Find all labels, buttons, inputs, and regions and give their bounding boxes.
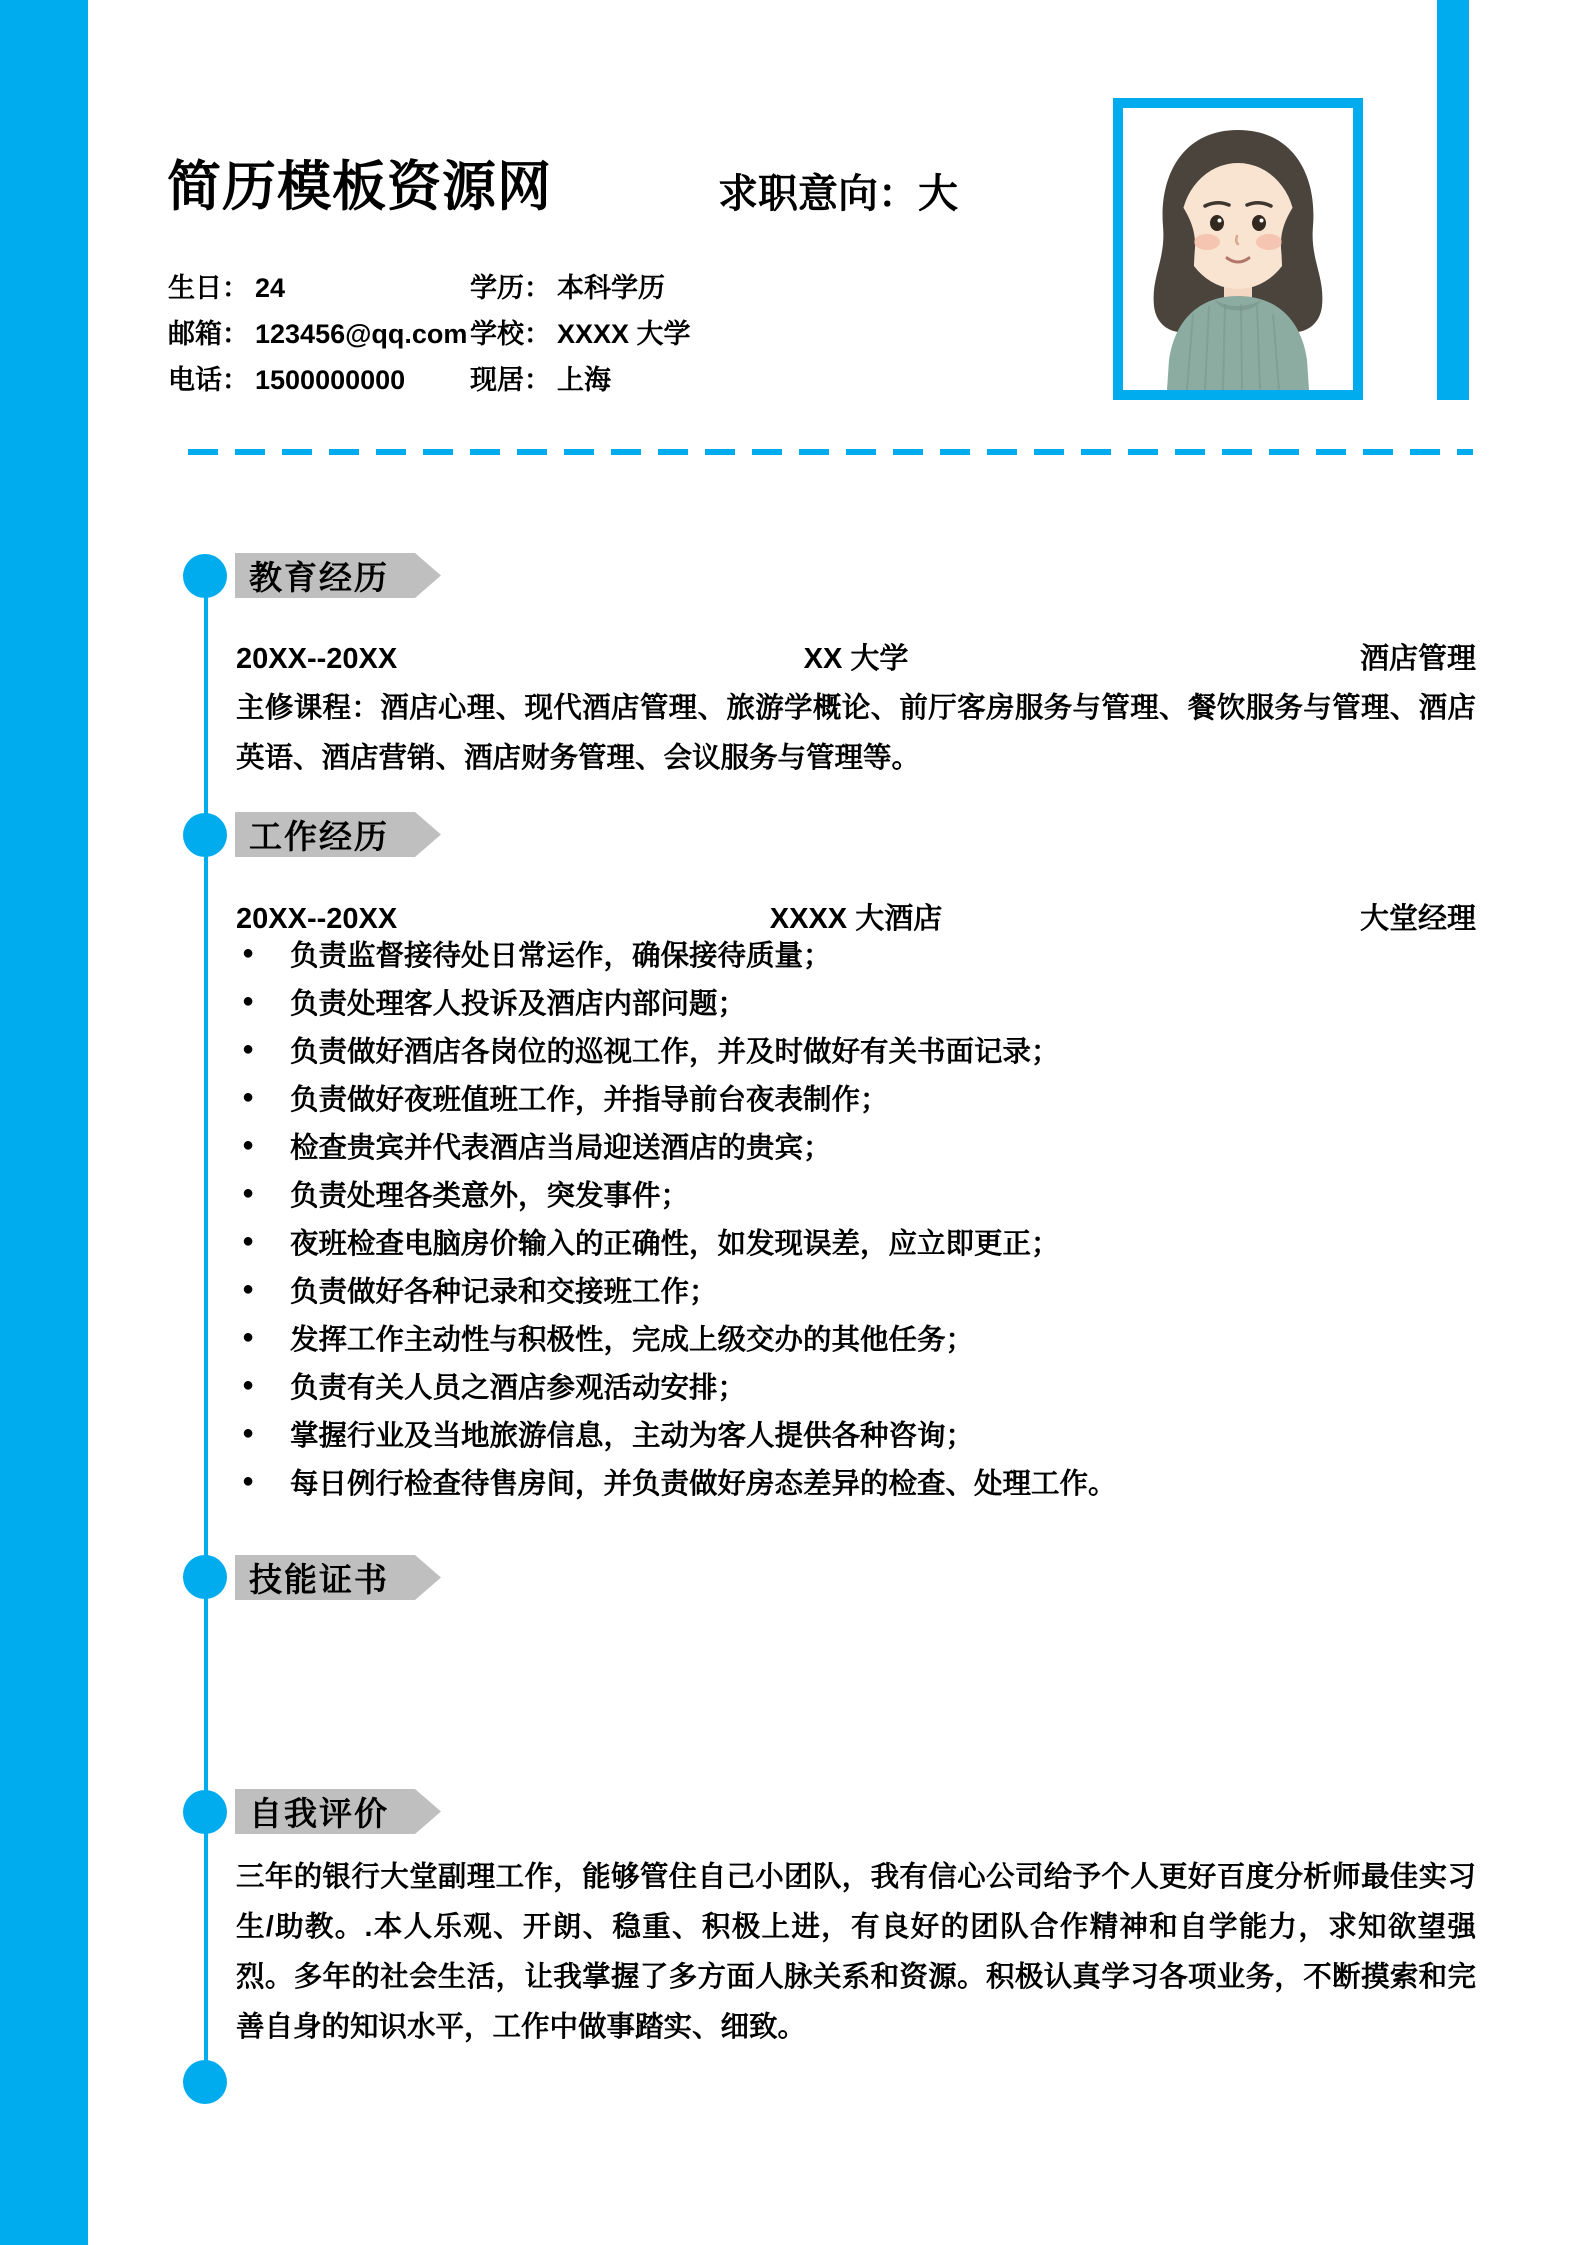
duty-item: ● 负责处理各类意外，突发事件； — [236, 1169, 1476, 1217]
profile-field: 生日：24 — [168, 266, 470, 305]
bullet-icon: ● — [242, 1134, 264, 1157]
right-accent-bar — [1437, 0, 1469, 400]
profile-field: 学校：XXXX 大学 — [470, 312, 930, 351]
section-header-work: 工作经历 — [235, 812, 441, 857]
profile-value: 24 — [255, 273, 285, 303]
page-title: 简历模板资源网 — [167, 156, 552, 218]
duty-text: 负责监督接待处日常运作，确保接待质量； — [290, 933, 832, 974]
bullet-icon: ● — [242, 1326, 264, 1349]
education-major: 酒店管理 — [1136, 636, 1476, 677]
bullet-icon: ● — [242, 1374, 264, 1397]
duty-item: ● 负责监督接待处日常运作，确保接待质量； — [236, 929, 1476, 977]
section-header-skills: 技能证书 — [235, 1555, 441, 1600]
section-title-work: 工作经历 — [249, 811, 389, 858]
section-header-education: 教育经历 — [235, 553, 441, 598]
profile-value: 123456@qq.com — [255, 319, 467, 349]
section-header-evaluation: 自我评价 — [235, 1789, 441, 1834]
profile-label: 电话： — [168, 365, 249, 395]
education-school: XX 大学 — [576, 636, 1136, 677]
profile-label: 现居： — [470, 365, 551, 395]
duty-text: 负责做好酒店各岗位的巡视工作，并及时做好有关书面记录； — [290, 1029, 1060, 1070]
bullet-icon: ● — [242, 1278, 264, 1301]
profile-field: 电话：1500000000 — [168, 358, 470, 397]
duty-list: ● 负责监督接待处日常运作，确保接待质量； ● 负责处理客人投诉及酒店内部问题；… — [236, 929, 1476, 1505]
profile-label: 学历： — [470, 273, 551, 303]
resume-page: 简历模板资源网 求职意向：大 — [0, 0, 1587, 2245]
bullet-icon: ● — [242, 1470, 264, 1493]
duty-item: ● 负责处理客人投诉及酒店内部问题； — [236, 977, 1476, 1025]
duty-item: ● 夜班检查电脑房价输入的正确性，如发现误差，应立即更正； — [236, 1217, 1476, 1265]
profile-value: 1500000000 — [255, 365, 405, 395]
profile-info: 生日：24 学历：本科学历 邮箱：123456@qq.com 学校：XXXX 大… — [168, 262, 1028, 400]
duty-text: 负责有关人员之酒店参观活动安排； — [290, 1365, 746, 1406]
left-accent-bar — [0, 0, 88, 2245]
bullet-icon: ● — [242, 1182, 264, 1205]
duty-item: ● 负责做好夜班值班工作，并指导前台夜表制作； — [236, 1073, 1476, 1121]
duty-text: 每日例行检查待售房间，并负责做好房态差异的检查、处理工作。 — [290, 1461, 1117, 1502]
duty-item: ● 负责做好酒店各岗位的巡视工作，并及时做好有关书面记录； — [236, 1025, 1476, 1073]
duty-item: ● 负责做好各种记录和交接班工作； — [236, 1265, 1476, 1313]
bullet-icon: ● — [242, 942, 264, 965]
timeline-dot-education — [183, 554, 227, 598]
bullet-icon: ● — [242, 990, 264, 1013]
profile-field: 邮箱：123456@qq.com — [168, 312, 470, 351]
section-title-education: 教育经历 — [249, 552, 389, 599]
education-courses: 主修课程：酒店心理、现代酒店管理、旅游学概论、前厅客房服务与管理、餐饮服务与管理… — [236, 683, 1476, 783]
section-title-skills: 技能证书 — [249, 1554, 389, 1601]
bullet-icon: ● — [242, 1086, 264, 1109]
timeline-dot-skills — [183, 1555, 227, 1599]
profile-field: 学历：本科学历 — [470, 266, 930, 305]
profile-label: 生日： — [168, 273, 249, 303]
duty-item: ● 检查贵宾并代表酒店当局迎送酒店的贵宾； — [236, 1121, 1476, 1169]
duty-item: ● 掌握行业及当地旅游信息，主动为客人提供各种咨询； — [236, 1409, 1476, 1457]
profile-value: 上海 — [557, 365, 611, 395]
duty-item: ● 发挥工作主动性与积极性，完成上级交办的其他任务； — [236, 1313, 1476, 1361]
girl-avatar-illustration — [1123, 108, 1353, 390]
bullet-icon: ● — [242, 1422, 264, 1445]
duty-text: 夜班检查电脑房价输入的正确性，如发现误差，应立即更正； — [290, 1221, 1060, 1262]
evaluation-text: 三年的银行大堂副理工作，能够管住自己小团队，我有信心公司给予个人更好百度分析师最… — [236, 1852, 1476, 2052]
duty-item: ● 每日例行检查待售房间，并负责做好房态差异的检查、处理工作。 — [236, 1457, 1476, 1505]
duty-item: ● 负责有关人员之酒店参观活动安排； — [236, 1361, 1476, 1409]
timeline-dot-work — [183, 813, 227, 857]
duty-text: 负责处理客人投诉及酒店内部问题； — [290, 981, 746, 1022]
profile-field: 现居：上海 — [470, 358, 930, 397]
profile-value: XXXX 大学 — [557, 319, 691, 349]
timeline-line — [204, 576, 208, 2082]
profile-photo — [1113, 98, 1363, 400]
duty-text: 负责做好各种记录和交接班工作； — [290, 1269, 718, 1310]
profile-value: 本科学历 — [557, 273, 665, 303]
bullet-icon: ● — [242, 1230, 264, 1253]
duty-text: 掌握行业及当地旅游信息，主动为客人提供各种咨询； — [290, 1413, 974, 1454]
duty-text: 负责做好夜班值班工作，并指导前台夜表制作； — [290, 1077, 889, 1118]
duty-text: 负责处理各类意外，突发事件； — [290, 1173, 689, 1214]
timeline-dot-evaluation — [183, 1790, 227, 1834]
job-intent-text: 求职意向：大 — [718, 170, 958, 218]
duty-text: 检查贵宾并代表酒店当局迎送酒店的贵宾； — [290, 1125, 832, 1166]
education-meta-row: 20XX--20XX XX 大学 酒店管理 — [236, 636, 1476, 677]
dashed-divider — [188, 449, 1473, 455]
profile-label: 学校： — [470, 319, 551, 349]
duty-text: 发挥工作主动性与积极性，完成上级交办的其他任务； — [290, 1317, 974, 1358]
bullet-icon: ● — [242, 1038, 264, 1061]
education-period: 20XX--20XX — [236, 643, 576, 676]
profile-label: 邮箱： — [168, 319, 249, 349]
timeline-dot-end — [183, 2060, 227, 2104]
section-title-evaluation: 自我评价 — [249, 1788, 389, 1835]
